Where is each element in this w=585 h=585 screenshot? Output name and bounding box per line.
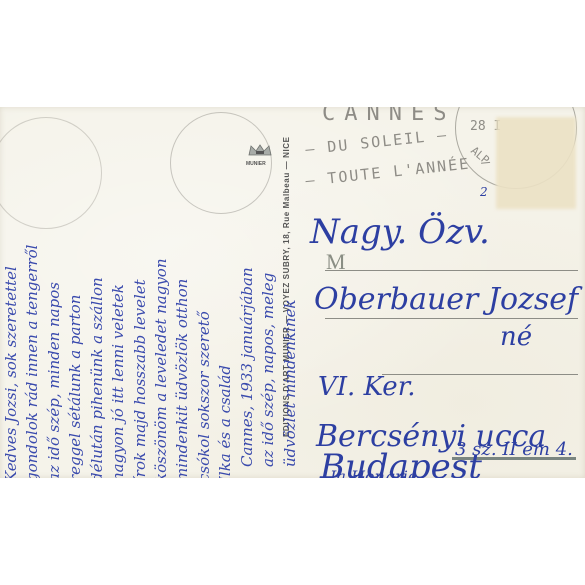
message-line: az idő szép, minden napos: [47, 107, 62, 478]
recipient-title: Nagy. Özv.: [310, 212, 490, 252]
message-line: gondolok rád innen a tengerről: [25, 107, 40, 478]
message-line: Ilka és a család: [218, 107, 233, 478]
message-line: köszönöm a leveledet nagyon: [154, 107, 169, 478]
recipient-suffix: né: [500, 322, 532, 352]
message-line: délután pihenünk a szállon: [90, 107, 105, 478]
message-line: mindenkit üdvözlök otthon: [175, 107, 190, 478]
message-line: írok majd hosszabb levelet: [133, 107, 148, 478]
message-line: az idő szép, napos, meleg: [261, 167, 276, 467]
message-line: csókol sokszor szerető: [197, 107, 212, 478]
message-line: reggel sétálunk a parton: [68, 107, 83, 478]
handwritten-message: Kedves Jozsi, sok szeretettelgondolok rá…: [0, 107, 300, 478]
postmark-city: CANNES: [322, 107, 455, 126]
note-mark: 2: [480, 185, 488, 199]
message-line: Cannes, 1933 januárjában: [240, 167, 255, 467]
address-line-1: [325, 270, 578, 271]
recipient-country: Ia Hongrie: [330, 467, 417, 478]
message-line: Kedves Jozsi, sok szeretettel: [4, 107, 19, 478]
stamp-removed-area: [496, 117, 576, 209]
message-line: nagyon jó itt lenni veletek: [111, 107, 126, 478]
recipient-district: VI. Ker.: [318, 372, 416, 402]
message-line: üdvözlet mindenkinek: [283, 167, 298, 467]
postcard-back: CANNES — DU SOLEIL — – TOUTE L'ANNÉE – 2…: [0, 107, 585, 478]
recipient-name: Oberbauer Jozsef: [314, 282, 578, 317]
address-line-2: [325, 318, 578, 319]
printed-m-prefix: M: [326, 249, 346, 275]
